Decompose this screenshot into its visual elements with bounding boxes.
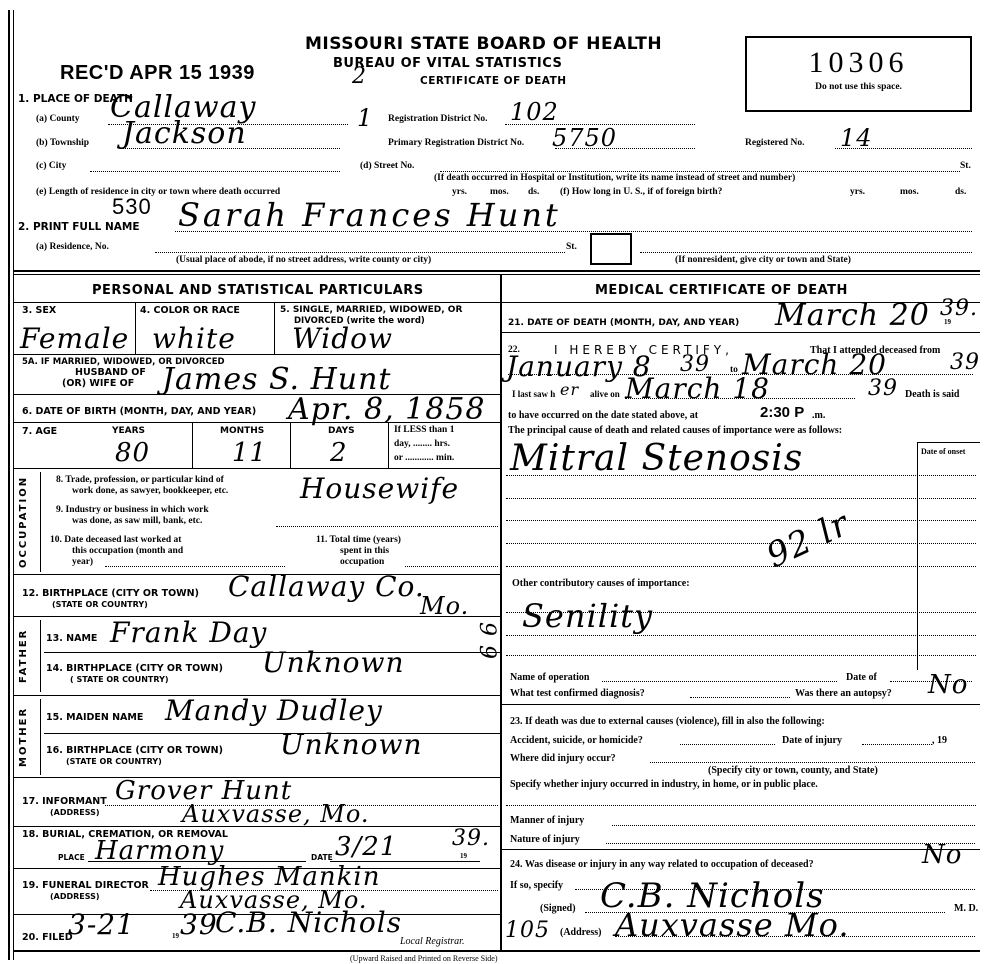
full-name-value: Sarah Frances Hunt xyxy=(178,196,561,234)
father-birthplace-value: Unknown xyxy=(262,646,405,679)
mother-name-label: 15. MAIDEN NAME xyxy=(46,712,143,723)
marital-value: Widow xyxy=(292,322,393,355)
line xyxy=(388,422,389,468)
registered-label: Registered No. xyxy=(745,138,804,148)
name-prefix-number: 530 xyxy=(112,194,152,220)
last-worked-label-1: 10. Date deceased last worked at xyxy=(50,535,181,545)
sex-label: 3. SEX xyxy=(22,305,56,316)
occurred-label: to have occurred on the date stated abov… xyxy=(508,410,698,421)
dod-year-value: 39. xyxy=(940,296,978,321)
line xyxy=(14,422,500,423)
county-label: (a) County xyxy=(36,114,80,124)
injury-specify-label: Specify whether injury occurred in indus… xyxy=(510,779,818,790)
test-label: What test confirmed diagnosis? xyxy=(510,688,645,699)
nonresident-box xyxy=(590,233,632,265)
line xyxy=(14,826,500,827)
birthplace-label-2: (STATE OR COUNTRY) xyxy=(52,600,148,609)
manner-line xyxy=(612,825,975,826)
file-number-note: Do not use this space. xyxy=(747,82,970,92)
reg-district-value: 102 xyxy=(510,98,559,126)
street-label: (d) Street No. xyxy=(360,161,414,171)
last-saw-value: March 18 xyxy=(625,372,770,405)
last-saw-label: I last saw h xyxy=(512,389,555,399)
industry-line xyxy=(276,526,498,527)
filed-label: 20. FILED xyxy=(22,932,73,943)
foreign-label: (f) How long in U. S., if of foreign bir… xyxy=(560,187,722,197)
principal-cause-label: The principal cause of death and related… xyxy=(508,425,842,436)
operation-label: Name of operation xyxy=(510,672,589,683)
street-suffix: St. xyxy=(960,161,971,171)
nonresident-note: (If nonresident, give city or town and S… xyxy=(675,255,851,265)
last-saw-her: er xyxy=(560,380,579,399)
primary-reg-value: 5750 xyxy=(552,124,617,152)
reg-district-label: Registration District No. xyxy=(388,114,487,124)
line xyxy=(40,472,41,572)
trade-value: Housewife xyxy=(300,472,459,505)
line xyxy=(502,704,980,705)
months-value: 11 xyxy=(232,438,267,468)
injury-specify-line xyxy=(506,805,976,806)
father-birthplace-label: 14. BIRTHPLACE (CITY OR TOWN) xyxy=(46,663,223,674)
father-margin-marks: 9 9 xyxy=(474,622,499,660)
dod-label: 21. DATE OF DEATH (MONTH, DAY, AND YEAR) xyxy=(508,318,739,328)
other-cause-line-2 xyxy=(506,635,976,636)
registered-value: 14 xyxy=(840,124,873,152)
birthplace-label: 12. BIRTHPLACE (CITY OR TOWN) xyxy=(22,588,199,599)
foreign-ds-label: ds. xyxy=(955,187,966,197)
autopsy-label: Was there an autopsy? xyxy=(795,688,892,699)
less-than-label-2: day, ........ hrs. xyxy=(394,439,450,449)
primary-reg-label: Primary Registration District No. xyxy=(388,138,524,148)
line xyxy=(192,422,193,468)
occurred-time-value: 2:30 P xyxy=(760,404,804,421)
informant-address-label: (ADDRESS) xyxy=(50,808,100,817)
last-worked-label-2: this occupation (month and xyxy=(72,546,183,556)
md-label: M. D. xyxy=(954,903,978,914)
burial-date-value: 3/21 xyxy=(335,832,397,862)
less-than-label-3: or ............ min. xyxy=(394,453,454,463)
attended-to-year: 39 xyxy=(950,350,980,375)
medical-heading: MEDICAL CERTIFICATE OF DEATH xyxy=(595,283,848,298)
margin-code: 105 xyxy=(505,918,550,943)
footer-note: (Upward Raised and Printed on Reverse Si… xyxy=(350,954,498,963)
nonresident-line xyxy=(640,252,972,253)
line xyxy=(14,468,500,469)
filed-year-prefix: 19 xyxy=(172,932,179,940)
trade-label-1: 8. Trade, profession, or particular kind… xyxy=(56,475,224,485)
external-causes-label: 23. If death was due to external causes … xyxy=(510,716,825,727)
received-stamp: REC'D APR 15 1939 xyxy=(60,62,255,85)
line xyxy=(290,422,291,468)
funeral-director-label: 19. FUNERAL DIRECTOR xyxy=(22,880,149,891)
line xyxy=(274,302,275,354)
cause-line-5 xyxy=(506,566,976,567)
injury-where-label: Where did injury occur? xyxy=(510,753,616,764)
injury-where-line xyxy=(650,762,975,763)
file-number-box: 10306 Do not use this space. xyxy=(745,36,972,112)
cause-line-4 xyxy=(506,543,976,544)
foreign-mos-label: mos. xyxy=(900,187,919,197)
marital-label: 5. SINGLE, MARRIED, WIDOWED, OR xyxy=(280,305,462,315)
other-causes-label: Other contributory causes of importance: xyxy=(512,578,690,589)
foreign-yrs-label: yrs. xyxy=(850,187,865,197)
dod-value: March 20 xyxy=(775,298,930,333)
last-worked-line xyxy=(105,566,285,567)
race-label: 4. COLOR OR RACE xyxy=(140,305,240,316)
burial-place-label: PLACE xyxy=(58,853,85,862)
line xyxy=(502,849,980,850)
township-label: (b) Township xyxy=(36,138,89,148)
nature-label: Nature of injury xyxy=(510,834,580,845)
line xyxy=(40,699,41,775)
father-side-label: FATHER xyxy=(18,620,29,692)
occupational-label: 24. Was disease or injury in any way rel… xyxy=(510,859,814,870)
filed-year-value: 39 xyxy=(180,908,218,941)
test-line xyxy=(690,697,790,698)
total-time-line xyxy=(405,566,498,567)
hospital-note: (If death occurred in Hospital or Instit… xyxy=(434,173,795,183)
onset-label: Date of onset xyxy=(921,447,965,456)
street-line xyxy=(440,171,960,172)
total-time-label-1: 11. Total time (years) xyxy=(316,535,401,545)
total-time-label-3: occupation xyxy=(340,557,384,567)
address-label: (Address) xyxy=(560,927,601,938)
injury-date-line xyxy=(862,744,932,745)
signed-label: (Signed) xyxy=(540,903,576,914)
occupation-side-label: OCCUPATION xyxy=(18,472,29,572)
line xyxy=(917,442,980,443)
mother-birthplace-label-2: (STATE OR COUNTRY) xyxy=(66,757,162,766)
burial-year-value: 39. xyxy=(452,826,490,851)
informant-address-value: Auxvasse, Mo. xyxy=(182,800,370,828)
race-value: white xyxy=(152,322,236,355)
cause-line-2 xyxy=(506,498,976,499)
manner-label: Manner of injury xyxy=(510,815,584,826)
occurred-suffix: .m. xyxy=(812,410,825,421)
injury-year-prefix: , 19 xyxy=(932,735,947,746)
father-name-value: Frank Day xyxy=(110,616,267,649)
residence-label: (a) Residence, No. xyxy=(36,242,109,252)
birthplace-city-value: Callaway Co. xyxy=(228,570,425,603)
industry-label-2: was done, as saw mill, bank, etc. xyxy=(72,516,202,526)
total-time-label-2: spent in this xyxy=(340,546,389,556)
section-divider-2 xyxy=(14,274,980,275)
file-number: 10306 xyxy=(747,46,970,80)
line xyxy=(135,302,136,354)
left-border xyxy=(8,10,10,960)
line xyxy=(44,733,500,734)
line xyxy=(14,354,500,355)
years-label: YEARS xyxy=(112,426,145,436)
bottom-divider xyxy=(14,950,980,952)
months-label: MONTHS xyxy=(220,426,264,436)
registrar-value: C.B. Nichols xyxy=(215,906,402,939)
bureau-title: BUREAU OF VITAL STATISTICS xyxy=(333,56,562,71)
days-label: DAYS xyxy=(328,426,355,436)
line xyxy=(40,620,41,692)
cause-line-3 xyxy=(506,520,976,521)
alive-on-label: alive on xyxy=(590,389,620,399)
form-title: MISSOURI STATE BOARD OF HEALTH xyxy=(305,34,662,54)
father-name-label: 13. NAME xyxy=(46,633,97,644)
trade-label-2: work done, as sawyer, bookkeeper, etc. xyxy=(72,486,228,496)
operation-line xyxy=(602,681,837,682)
age-label: 7. AGE xyxy=(22,426,57,437)
accident-line xyxy=(680,744,775,745)
spouse-label-2: HUSBAND OF xyxy=(75,367,146,378)
injury-date-label: Date of injury xyxy=(782,735,842,746)
registrar-label: Local Registrar. xyxy=(400,936,464,947)
last-saw-year: 39 xyxy=(868,376,898,401)
funeral-address-label: (ADDRESS) xyxy=(50,892,100,901)
mother-birthplace-label: 16. BIRTHPLACE (CITY OR TOWN) xyxy=(46,745,223,756)
address-value: Auxvasse Mo. xyxy=(615,906,850,944)
residence-note: (Usual place of abode, if no street addr… xyxy=(176,255,431,265)
mother-side-label: MOTHER xyxy=(18,699,29,775)
city-label: (c) City xyxy=(36,161,66,171)
sex-value: Female xyxy=(20,322,129,355)
county-mark: 1 xyxy=(357,104,373,132)
township-value: Jackson xyxy=(122,116,247,151)
filed-date-value: 3-21 xyxy=(68,908,135,941)
city-line xyxy=(90,171,340,172)
occupational-value: No xyxy=(922,840,962,870)
father-birthplace-label-2: ( STATE OR COUNTRY) xyxy=(70,675,169,684)
last-worked-label-3: year) xyxy=(72,557,93,567)
nature-line xyxy=(606,843,975,844)
principal-cause-value: Mitral Stenosis xyxy=(510,438,803,479)
autopsy-value: No xyxy=(928,670,968,700)
years-value: 80 xyxy=(115,438,150,468)
injury-where-note: (Specify city or town, county, and State… xyxy=(708,765,878,776)
full-name-label: 2. PRINT FULL NAME xyxy=(18,221,140,233)
death-said-label: Death is said xyxy=(905,389,959,400)
residence-line xyxy=(155,252,565,253)
other-causes-value: Senility xyxy=(522,597,653,635)
residence-st: St. xyxy=(566,242,577,252)
burial-year-prefix: 19 xyxy=(460,852,467,860)
line xyxy=(502,332,980,333)
days-value: 2 xyxy=(330,438,348,468)
section-divider xyxy=(14,270,980,272)
less-than-label-1: If LESS than 1 xyxy=(394,425,454,435)
mother-name-value: Mandy Dudley xyxy=(165,694,383,727)
if-so-label: If so, specify xyxy=(510,880,563,891)
left-border-inner xyxy=(13,10,14,960)
informant-label: 17. INFORMANT xyxy=(22,796,107,807)
operation-date-label: Date of xyxy=(846,672,877,683)
line xyxy=(14,302,500,303)
industry-label-1: 9. Industry or business in which work xyxy=(56,505,209,515)
certificate-title: CERTIFICATE OF DEATH xyxy=(420,75,567,87)
personal-heading: PERSONAL AND STATISTICAL PARTICULARS xyxy=(92,283,424,298)
accident-label: Accident, suicide, or homicide? xyxy=(510,735,643,746)
margin-mark: 2 xyxy=(352,64,367,89)
other-cause-line-3 xyxy=(506,655,976,656)
spouse-label-3: (OR) WIFE OF xyxy=(62,378,134,389)
dob-label: 6. DATE OF BIRTH (MONTH, DAY, AND YEAR) xyxy=(22,406,256,417)
mother-birthplace-value: Unknown xyxy=(280,728,423,761)
